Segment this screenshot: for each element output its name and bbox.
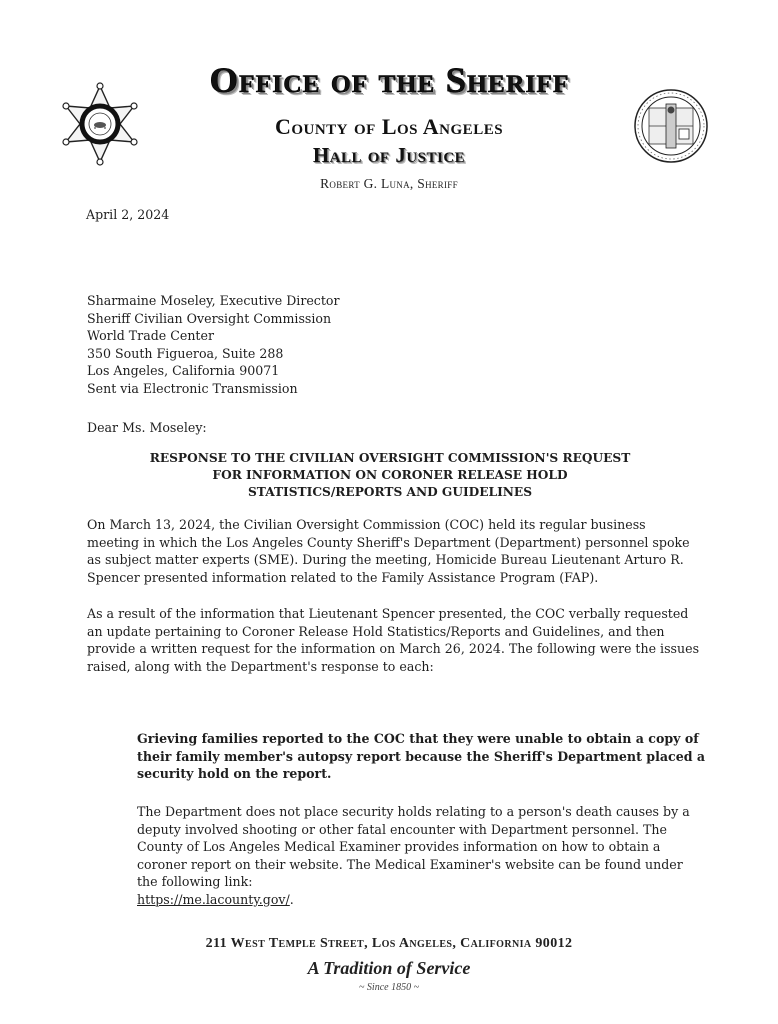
body-paragraph-1: On March 13, 2024, the Civilian Oversigh… (87, 516, 697, 586)
department-response: The Department does not place security h… (137, 803, 707, 909)
recipient-line: Los Angeles, California 90071 (87, 362, 340, 380)
letter-date: April 2, 2024 (86, 206, 169, 224)
recipient-line: Sent via Electronic Transmission (87, 380, 340, 398)
body-paragraph-2: As a result of the information that Lieu… (87, 605, 707, 675)
recipient-line: 350 South Figueroa, Suite 288 (87, 345, 340, 363)
link-suffix: . (290, 892, 294, 907)
subject-line: FOR INFORMATION ON CORONER RELEASE HOLD (100, 467, 680, 484)
subject-line: STATISTICS/REPORTS AND GUIDELINES (100, 484, 680, 501)
footer-since: ~ Since 1850 ~ (0, 982, 778, 993)
response-text: The Department does not place security h… (137, 804, 690, 889)
footer-address: 211 West Temple Street, Los Angeles, Cal… (0, 936, 778, 952)
subject-line: RESPONSE TO THE CIVILIAN OVERSIGHT COMMI… (100, 450, 680, 467)
salutation: Dear Ms. Moseley: (87, 419, 207, 437)
footer-motto: A Tradition of Service (0, 958, 778, 979)
sheriff-name: Robert G. Luna, Sheriff (0, 176, 778, 192)
issue-statement: Grieving families reported to the COC th… (137, 730, 707, 783)
county-seal-icon (633, 88, 709, 164)
recipient-line: Sharmaine Moseley, Executive Director (87, 292, 340, 310)
recipient-line: World Trade Center (87, 327, 340, 345)
subject-heading: RESPONSE TO THE CIVILIAN OVERSIGHT COMMI… (100, 450, 680, 501)
recipient-line: Sheriff Civilian Oversight Commission (87, 310, 340, 328)
medical-examiner-link[interactable]: https://me.lacounty.gov/ (137, 892, 290, 907)
recipient-address: Sharmaine Moseley, Executive Director Sh… (87, 292, 340, 398)
